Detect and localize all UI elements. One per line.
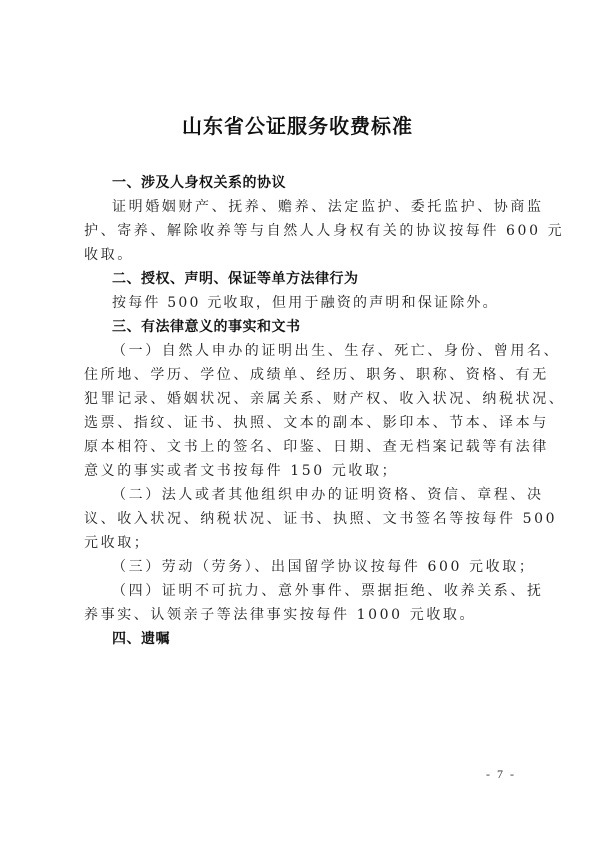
paragraph-line: （三）劳动（劳务）、出国留学协议按每件 600 元收取； [112, 558, 508, 576]
section-heading-2: 二、授权、声明、保证等单方法律行为 [112, 270, 359, 288]
paragraph-line: 住所地、学历、学位、成绩单、经历、职务、职称、资格、有无 [84, 366, 508, 384]
paragraph-line: （四）证明不可抗力、意外事件、票据拒绝、收养关系、抚 [112, 582, 508, 600]
paragraph-line: 证明婚姻财产、抚养、赡养、法定监护、委托监护、协商监 [112, 198, 508, 216]
document-title: 山东省公证服务收费标准 [0, 110, 595, 139]
section-heading-4: 四、遗嘱 [112, 630, 170, 648]
paragraph-line: 元收取； [84, 534, 508, 552]
paragraph-line: 意义的事实或者文书按每件 150 元收取； [84, 462, 508, 480]
paragraph-line: 收取。 [84, 246, 508, 264]
paragraph-line: 护、寄养、解除收养等与自然人人身权有关的协议按每件 600 元 [84, 222, 508, 240]
section-heading-3: 三、有法律意义的事实和文书 [112, 318, 301, 336]
paragraph-line: （一）自然人申办的证明出生、生存、死亡、身份、曾用名、 [112, 342, 508, 360]
paragraph-line: （二）法人或者其他组织申办的证明资格、资信、章程、决 [112, 486, 508, 504]
document-page: 山东省公证服务收费标准 一、涉及人身权关系的协议 证明婚姻财产、抚养、赡养、法定… [0, 0, 595, 842]
section-heading-1: 一、涉及人身权关系的协议 [112, 174, 286, 192]
paragraph-line: 养事实、认领亲子等法律事实按每件 1000 元收取。 [84, 606, 508, 624]
paragraph-line: 议、收入状况、纳税状况、证书、执照、文书签名等按每件 500 [84, 510, 508, 528]
page-number: - 7 - [486, 767, 516, 782]
paragraph-line: 原本相符、文书上的签名、印鉴、日期、查无档案记载等有法律 [84, 438, 508, 456]
paragraph-line: 选票、指纹、证书、执照、文本的副本、影印本、节本、译本与 [84, 414, 508, 432]
paragraph-line: 按每件 500 元收取，但用于融资的声明和保证除外。 [112, 294, 508, 312]
paragraph-line: 犯罪记录、婚姻状况、亲属关系、财产权、收入状况、纳税状况、 [84, 390, 508, 408]
